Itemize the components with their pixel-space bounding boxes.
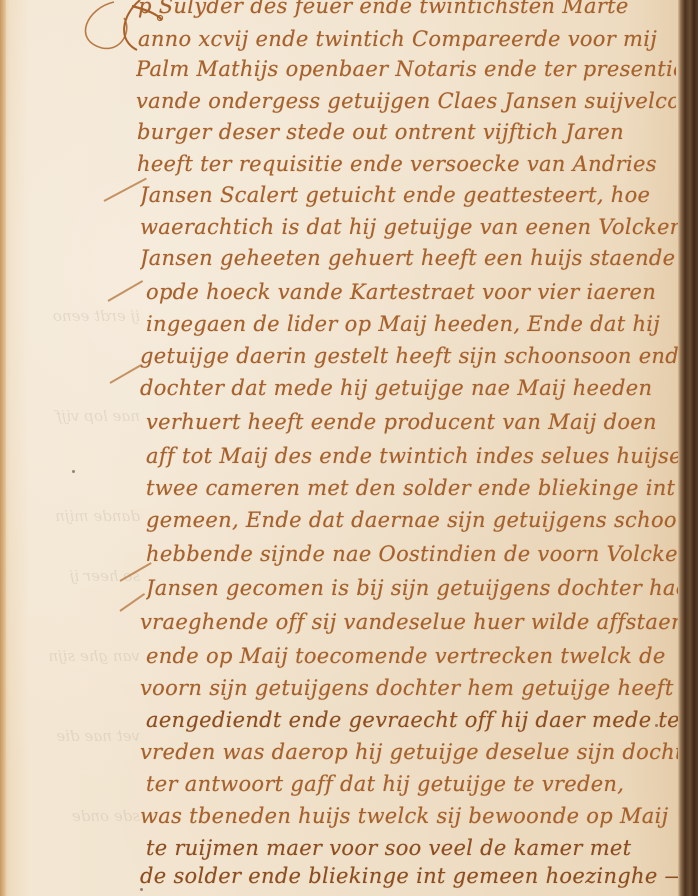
text-line-25: ter antwoort gaff dat hij getuijge te vr…	[146, 772, 678, 802]
text-line-19: Jansen gecomen is bij sijn getuijgens do…	[146, 576, 678, 606]
ink-speck	[140, 888, 143, 891]
text-line-8: waerachtich is dat hij getuijge van eene…	[140, 215, 678, 245]
text-line-28: de solder ende bliekinge int gemeen hoez…	[140, 864, 678, 894]
text-line-6: heeft ter requisitie ende versoecke van …	[137, 152, 677, 182]
text-line-1: p Sulyder des feuer ende twintichsten Ma…	[138, 0, 678, 24]
text-line-20: vraeghende off sij vandeselue huer wilde…	[140, 610, 678, 640]
ink-speck	[72, 470, 75, 473]
text-line-24: vreden was daerop hij getuijge deselue s…	[140, 740, 678, 770]
text-line-4: vande ondergess getuijgen Claes Jansen s…	[136, 89, 676, 119]
text-line-13: dochter dat mede hij getuijge nae Maij h…	[140, 376, 678, 406]
text-line-23: aengediendt ende gevraecht off hij daer …	[146, 708, 678, 738]
text-line-22: voorn sijn getuijgens dochter hem getuij…	[140, 676, 678, 706]
text-line-11: ingegaen de lider op Maij heeden, Ende d…	[146, 312, 678, 342]
text-line-7: Jansen Scalert getuicht ende geattesteer…	[140, 183, 678, 213]
text-line-9: Jansen geheeten gehuert heeft een huijs …	[140, 246, 678, 276]
text-line-12: getuijge daerin gestelt heeft sijn schoo…	[140, 344, 678, 374]
text-line-2: anno xcvij ende twintich Compareerde voo…	[138, 27, 678, 57]
text-line-27: te ruijmen maer voor soo veel de kamer m…	[146, 836, 678, 866]
text-line-21: ende op Maij toecomende vertrecken twelc…	[146, 644, 678, 674]
text-line-15: aff tot Maij des ende twintich indes sel…	[146, 444, 678, 474]
manuscript-text: p Sulyder des feuer ende twintichsten Ma…	[0, 0, 678, 896]
text-line-3: Palm Mathijs openbaer Notaris ende ter p…	[136, 57, 676, 87]
text-line-17: gemeen, Ende dat daernae sijn getuijgens…	[146, 508, 678, 538]
text-line-26: was tbeneden huijs twelck sij bewoonde o…	[140, 804, 678, 834]
book-binding-edge	[678, 0, 698, 896]
text-line-16: twee cameren met den solder ende bliekin…	[146, 476, 678, 506]
text-line-18: hebbende sijnde nae Oostindien de voorn …	[146, 542, 678, 572]
text-line-10: opde hoeck vande Kartestraet voor vier i…	[146, 280, 678, 310]
manuscript-page: ij erdt eeno nae lop vijf dande mijn so …	[0, 0, 678, 896]
text-line-14: verhuert heeft eende producent van Maij …	[146, 410, 678, 440]
ink-speck	[655, 724, 658, 727]
text-line-5: burger deser stede out ontrent vijftich …	[137, 120, 677, 150]
